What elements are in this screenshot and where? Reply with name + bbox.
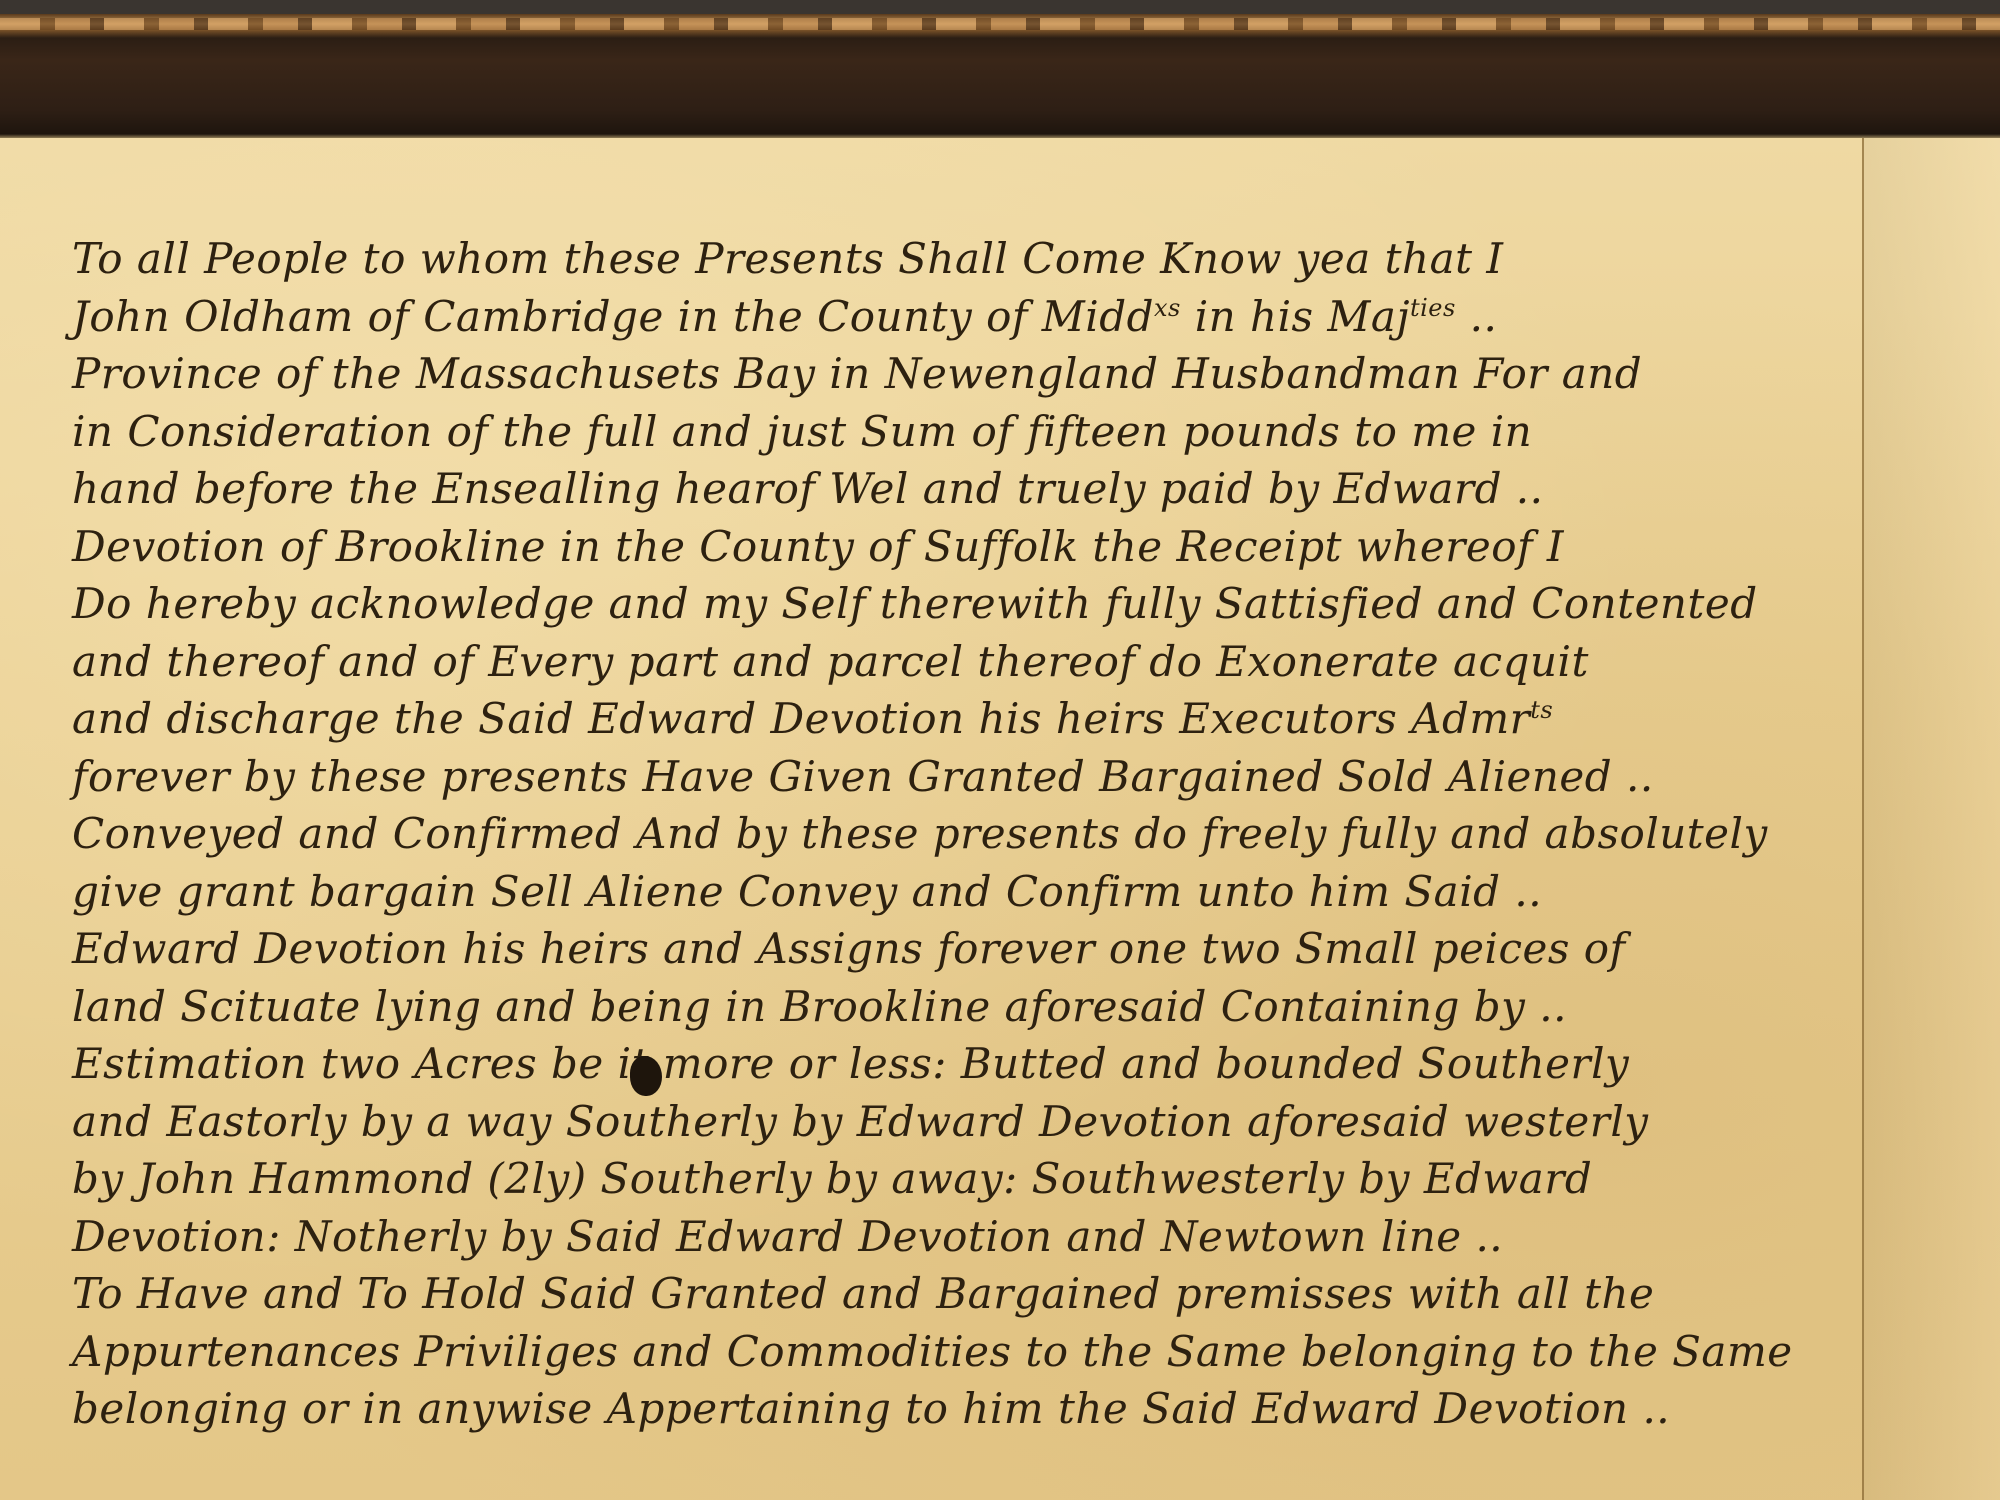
deed-line: Devotion of Brookline in the County of S… — [72, 518, 1862, 576]
abbreviation-superscript: ties — [1410, 294, 1456, 322]
deed-line: forever by these presents Have Given Gra… — [72, 748, 1862, 806]
ink-blot — [630, 1056, 662, 1096]
abbreviation-superscript: xs — [1154, 294, 1181, 322]
deed-line: in Consideration of the full and just Su… — [72, 403, 1862, 461]
deed-line: belonging or in anywise Appertaining to … — [72, 1380, 1862, 1438]
deed-line: and thereof and of Every part and parcel… — [72, 633, 1862, 691]
deed-line: and discharge the Said Edward Devotion h… — [72, 690, 1862, 748]
deed-line: Province of the Massachusets Bay in Newe… — [72, 345, 1862, 403]
deed-line: and Eastorly by a way Southerly by Edwar… — [72, 1093, 1862, 1151]
deed-line: Estimation two Acres be it more or less:… — [72, 1035, 1862, 1093]
parchment-page: To all People to whom these Presents Sha… — [0, 138, 2000, 1500]
deed-line: give grant bargain Sell Aliene Convey an… — [72, 863, 1862, 921]
deed-text: To all People to whom these Presents Sha… — [72, 230, 1862, 1438]
wooden-frame-edge — [0, 0, 2000, 140]
abbreviation-superscript: ts — [1530, 696, 1553, 724]
deed-line: Conveyed and Confirmed And by these pres… — [72, 805, 1862, 863]
deed-line: Do hereby acknowledge and my Self therew… — [72, 575, 1862, 633]
deed-line: To all People to whom these Presents Sha… — [72, 230, 1862, 288]
deed-line: Edward Devotion his heirs and Assigns fo… — [72, 920, 1862, 978]
deed-line: by John Hammond (2ly) Southerly by away:… — [72, 1150, 1862, 1208]
deed-line: hand before the Ensealling hearof Wel an… — [72, 460, 1862, 518]
deed-line: John Oldham of Cambridge in the County o… — [72, 288, 1862, 346]
deed-line: Appurtenances Priviliges and Commodities… — [72, 1323, 1862, 1381]
deed-line: To Have and To Hold Said Granted and Bar… — [72, 1265, 1862, 1323]
deed-line: Devotion: Notherly by Said Edward Devoti… — [72, 1208, 1862, 1266]
deed-line: land Scituate lying and being in Brookli… — [72, 978, 1862, 1036]
